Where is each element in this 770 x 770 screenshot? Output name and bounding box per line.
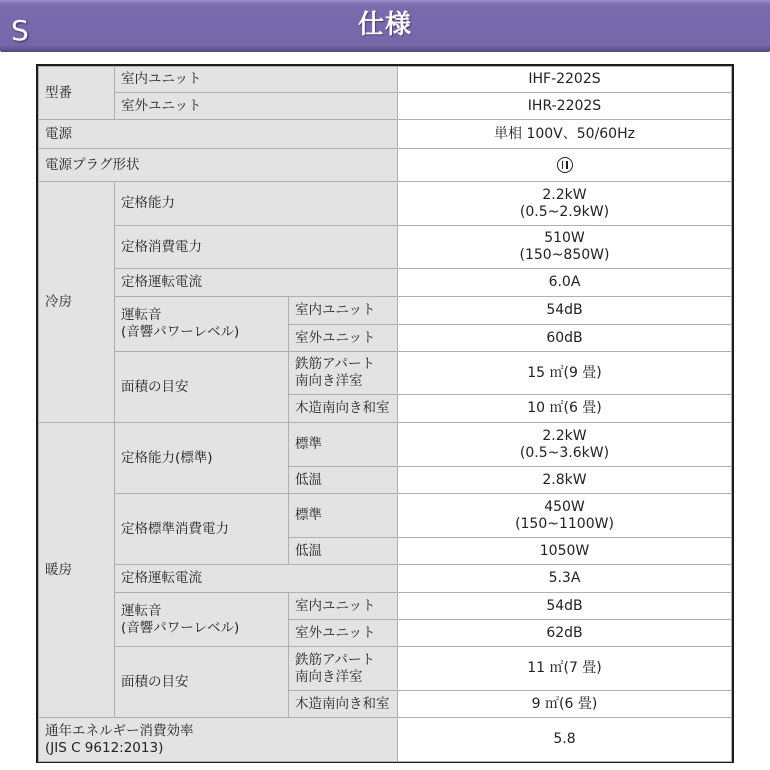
section-banner: S 仕様: [0, 0, 770, 52]
apf-value: 5.8: [398, 718, 732, 762]
heating-capacity-standard-value: 2.2kW (0.5~3.6kW): [398, 423, 732, 467]
table-row: 冷房 定格能力 2.2kW (0.5~2.9kW): [39, 182, 732, 226]
table-row: 定格標準消費電力 標準 450W (150~1100W): [39, 494, 732, 538]
table-row: 型番 室内ユニット IHF-2202S: [39, 67, 732, 93]
model-indoor-value: IHF-2202S: [398, 67, 732, 93]
heating-noise-label: 運転音 (音響パワーレベル): [115, 593, 289, 647]
model-outdoor-label: 室外ユニット: [115, 93, 398, 120]
heating-area-concrete-value: 11 ㎡(7 畳): [398, 647, 732, 691]
heating-consumption-low-label: 低温: [289, 538, 398, 565]
heating-noise-outdoor-label: 室外ユニット: [289, 620, 398, 647]
heating-consumption-low-value: 1050W: [398, 538, 732, 565]
cooling-noise-outdoor-value: 60dB: [398, 325, 732, 352]
table-row: 面積の目安 鉄筋アパート 南向き洋室 11 ㎡(7 畳): [39, 647, 732, 691]
cooling-consumption-value: 510W (150~850W): [398, 226, 732, 269]
table-row: 定格消費電力 510W (150~850W): [39, 226, 732, 269]
heating-capacity-label: 定格能力(標準): [115, 423, 289, 494]
table-row: 通年エネルギー消費効率 (JIS C 9612:2013) 5.8: [39, 718, 732, 762]
banner-title: 仕様: [0, 8, 770, 42]
cooling-area-wooden-value: 10 ㎡(6 畳): [398, 395, 732, 423]
cooling-area-concrete-label: 鉄筋アパート 南向き洋室: [289, 352, 398, 395]
cooling-consumption-label: 定格消費電力: [115, 226, 398, 269]
spec-table: 型番 室内ユニット IHF-2202S 室外ユニット IHR-2202S 電源 …: [36, 64, 734, 763]
heating-current-label: 定格運転電流: [115, 565, 398, 593]
model-label: 型番: [39, 67, 115, 120]
heating-capacity-low-label: 低温: [289, 467, 398, 494]
heating-consumption-label: 定格標準消費電力: [115, 494, 289, 565]
heating-area-concrete-label: 鉄筋アパート 南向き洋室: [289, 647, 398, 691]
apf-label: 通年エネルギー消費効率 (JIS C 9612:2013): [39, 718, 398, 762]
heating-capacity-standard-label: 標準: [289, 423, 398, 467]
cooling-noise-indoor-value: 54dB: [398, 297, 732, 325]
table-row: 運転音 (音響パワーレベル) 室内ユニット 54dB: [39, 297, 732, 325]
heating-noise-indoor-value: 54dB: [398, 593, 732, 620]
cooling-noise-indoor-label: 室内ユニット: [289, 297, 398, 325]
table-row: 暖房 定格能力(標準) 標準 2.2kW (0.5~3.6kW): [39, 423, 732, 467]
table-row: 室外ユニット IHR-2202S: [39, 93, 732, 120]
plug-label: 電源プラグ形状: [39, 149, 398, 182]
model-outdoor-value: IHR-2202S: [398, 93, 732, 120]
table-row: 面積の目安 鉄筋アパート 南向き洋室 15 ㎡(9 畳): [39, 352, 732, 395]
table-row: 電源プラグ形状: [39, 149, 732, 182]
cooling-current-value: 6.0A: [398, 269, 732, 297]
heating-consumption-standard-label: 標準: [289, 494, 398, 538]
cooling-area-wooden-label: 木造南向き和室: [289, 395, 398, 423]
table-row: 定格運転電流 5.3A: [39, 565, 732, 593]
heating-noise-outdoor-value: 62dB: [398, 620, 732, 647]
table-row: 運転音 (音響パワーレベル) 室内ユニット 54dB: [39, 593, 732, 620]
heating-area-label: 面積の目安: [115, 647, 289, 718]
cooling-area-label: 面積の目安: [115, 352, 289, 423]
cooling-noise-outdoor-label: 室外ユニット: [289, 325, 398, 352]
heating-capacity-low-value: 2.8kW: [398, 467, 732, 494]
model-indoor-label: 室内ユニット: [115, 67, 398, 93]
heating-current-value: 5.3A: [398, 565, 732, 593]
cooling-current-label: 定格運転電流: [115, 269, 398, 297]
plug-value: [398, 149, 732, 182]
plug-2pin-icon: [557, 157, 573, 173]
cooling-area-concrete-value: 15 ㎡(9 畳): [398, 352, 732, 395]
table-row: 定格運転電流 6.0A: [39, 269, 732, 297]
heating-consumption-standard-value: 450W (150~1100W): [398, 494, 732, 538]
heating-area-wooden-value: 9 ㎡(6 畳): [398, 691, 732, 718]
heating-noise-indoor-label: 室内ユニット: [289, 593, 398, 620]
cooling-capacity-value: 2.2kW (0.5~2.9kW): [398, 182, 732, 226]
heating-area-wooden-label: 木造南向き和室: [289, 691, 398, 718]
cooling-noise-label: 運転音 (音響パワーレベル): [115, 297, 289, 352]
cooling-label: 冷房: [39, 182, 115, 423]
power-label: 電源: [39, 120, 398, 149]
cooling-capacity-label: 定格能力: [115, 182, 398, 226]
table-row: 電源 単相 100V、50/60Hz: [39, 120, 732, 149]
power-value: 単相 100V、50/60Hz: [398, 120, 732, 149]
heating-label: 暖房: [39, 423, 115, 718]
